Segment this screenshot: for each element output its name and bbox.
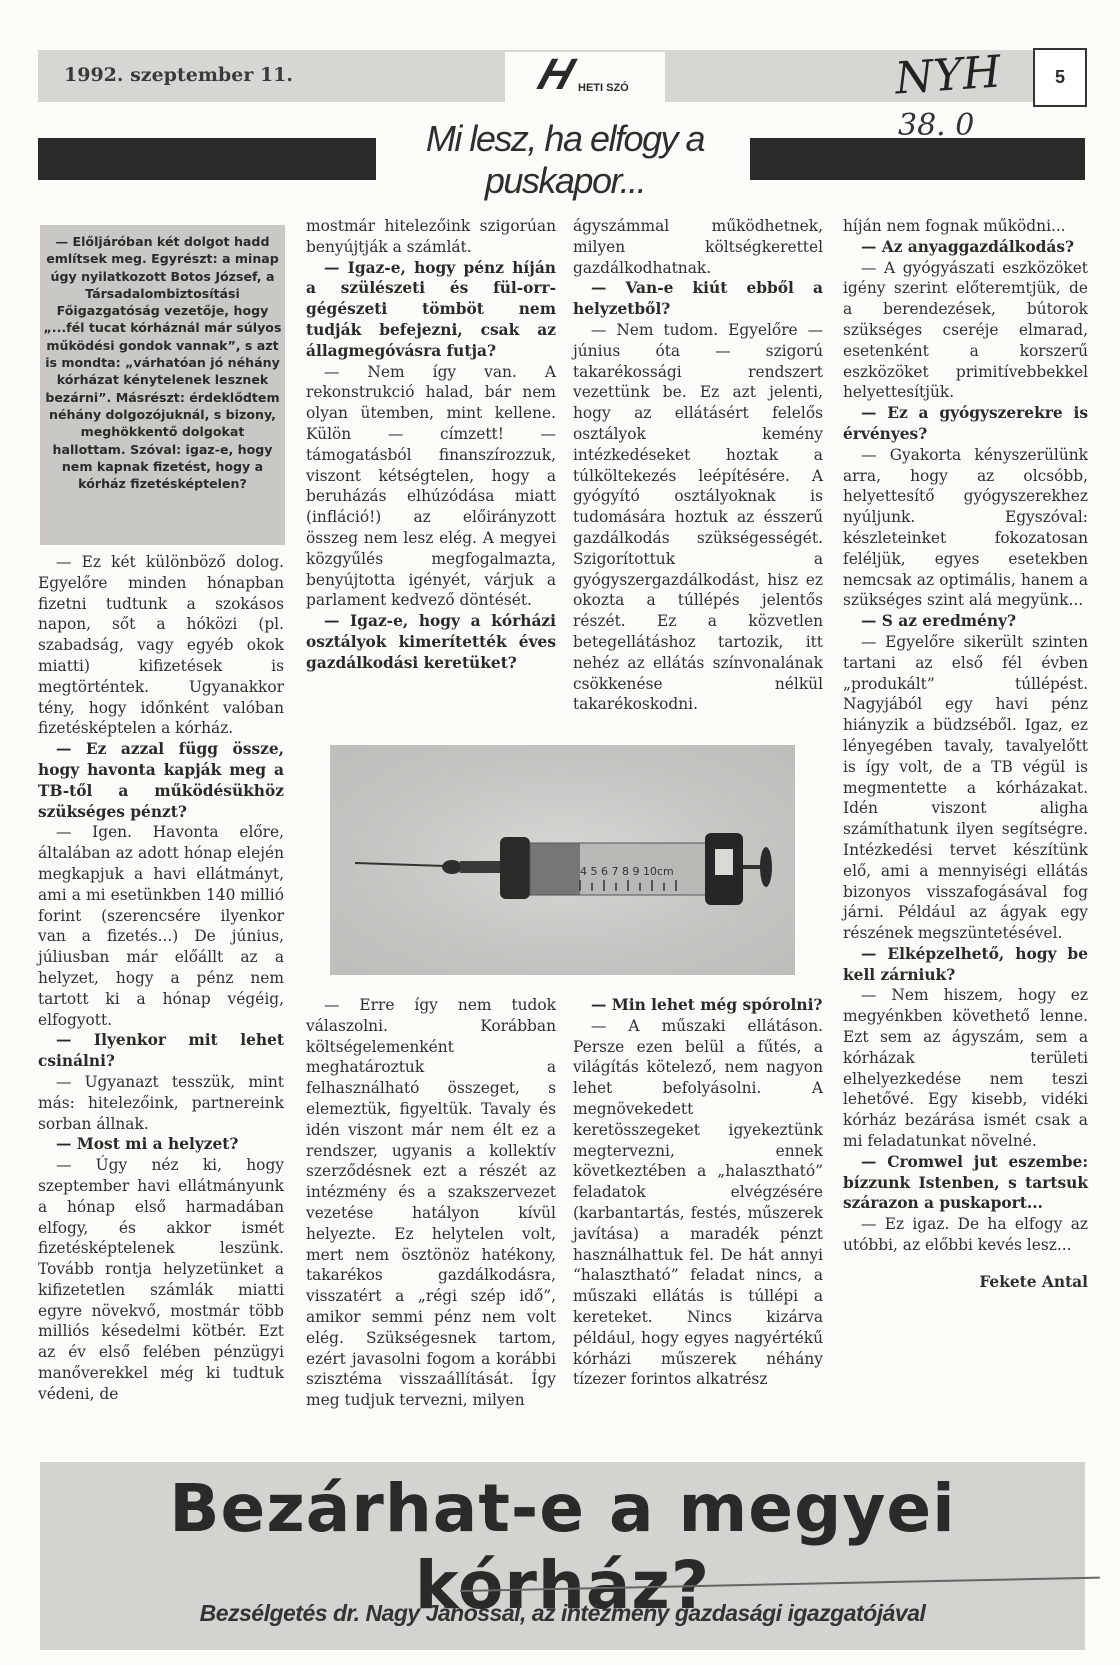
interview-answer: mostmár hitelezőink szigorúan benyújtják… <box>306 216 556 258</box>
interview-answer: — A műszaki ellátáson. Persze ezen belül… <box>573 1016 823 1390</box>
interview-answer: — Úgy néz ki, hogy szeptember havi ellát… <box>38 1155 284 1405</box>
interview-question: — Igaz-e, hogy a kórházi osztályok kimer… <box>306 611 556 673</box>
column-3-top: ágyszámmal működhetnek, milyen költségke… <box>573 216 823 715</box>
column-2-top: mostmár hitelezőink szigorúan benyújtják… <box>306 216 556 674</box>
column-3-bottom: — Min lehet még spórolni?— A műszaki ell… <box>573 995 823 1390</box>
interview-question: — Elképzelhető, hogy be kell zárniuk? <box>843 944 1088 986</box>
interview-answer: ágyszámmal működhetnek, milyen költségke… <box>573 216 823 278</box>
interview-answer: — Nem tudom. Egyelőre — június óta — szi… <box>573 320 823 715</box>
interview-answer: — Ez két különböző dolog. Egyelőre minde… <box>38 552 284 739</box>
interview-question: — Ez a gyógyszerekre is érvényes? <box>843 403 1088 445</box>
interview-question: — Min lehet még spórolni? <box>573 995 823 1016</box>
syringe-photo: 4 5 6 7 8 9 10cm <box>330 745 795 975</box>
interview-question: — Most mi a helyzet? <box>38 1134 284 1155</box>
interview-answer: — Igen. Havonta előre, általában az adot… <box>38 822 284 1030</box>
interview-answer: — Nem így van. A rekonstrukció halad, bá… <box>306 362 556 612</box>
interview-answer: híján nem fognak működni... <box>843 216 1088 237</box>
interview-question: — Ilyenkor mit lehet csinálni? <box>38 1030 284 1072</box>
interview-question: — Az anyaggazdálkodás? <box>843 237 1088 258</box>
interview-question: — Ez azzal függ össze, hogy havonta kapj… <box>38 739 284 822</box>
interview-question: — Igaz-e, hogy pénz híján a szülészeti é… <box>306 258 556 362</box>
interview-answer: — Gyakorta kényszerülünk arra, hogy az o… <box>843 445 1088 611</box>
headline-bar-right <box>750 138 1085 180</box>
logo-area <box>505 52 665 102</box>
interview-question: — Cromwel jut eszembe: bízzunk Istenben,… <box>843 1152 1088 1214</box>
page-number: 5 <box>1033 48 1087 107</box>
interview-answer: — Ez igaz. De ha elfogy az utóbbi, az el… <box>843 1214 1088 1256</box>
syringe-icon: 4 5 6 7 8 9 10cm <box>330 745 795 975</box>
interview-answer: — A gyógyászati eszközöket igény szerint… <box>843 258 1088 404</box>
handwritten-note: NYH <box>893 46 1002 104</box>
lead-box: — Előljáróban két dolgot hadd említsek m… <box>40 225 285 545</box>
article-headline: Mi lesz, ha elfogy a puskapor... <box>380 118 750 202</box>
page-number-text: 5 <box>1055 67 1065 88</box>
interview-answer: — Ugyanazt tesszük, mint más: hitelezőin… <box>38 1072 284 1134</box>
column-2-bottom: — Erre így nem tudok válaszolni. Korábba… <box>306 995 556 1411</box>
subtitle: Bezsélgetés dr. Nagy Jánossal, az intézm… <box>40 1600 1085 1627</box>
interview-question: — Van-e kiút ebből a helyzetből? <box>573 278 823 320</box>
interview-answer: — Erre így nem tudok válaszolni. Korábba… <box>306 995 556 1411</box>
author-byline: Fekete Antal <box>843 1272 1088 1293</box>
column-1: — Ez két különböző dolog. Egyelőre minde… <box>38 552 284 1405</box>
syringe-scale: 4 5 6 7 8 9 10cm <box>580 865 674 878</box>
column-4: híján nem fognak működni...— Az anyaggaz… <box>843 216 1088 1293</box>
issue-date: 1992. szeptember 11. <box>64 64 293 86</box>
interview-question: — S az eredmény? <box>843 611 1088 632</box>
interview-answer: — Nem hiszem, hogy ez megyénkben követhe… <box>843 985 1088 1151</box>
publication-name: HETI SZÓ <box>578 82 629 94</box>
interview-answer: — Egyelőre sikerült szinten tartani az e… <box>843 632 1088 944</box>
headline-bar-left <box>38 138 376 180</box>
